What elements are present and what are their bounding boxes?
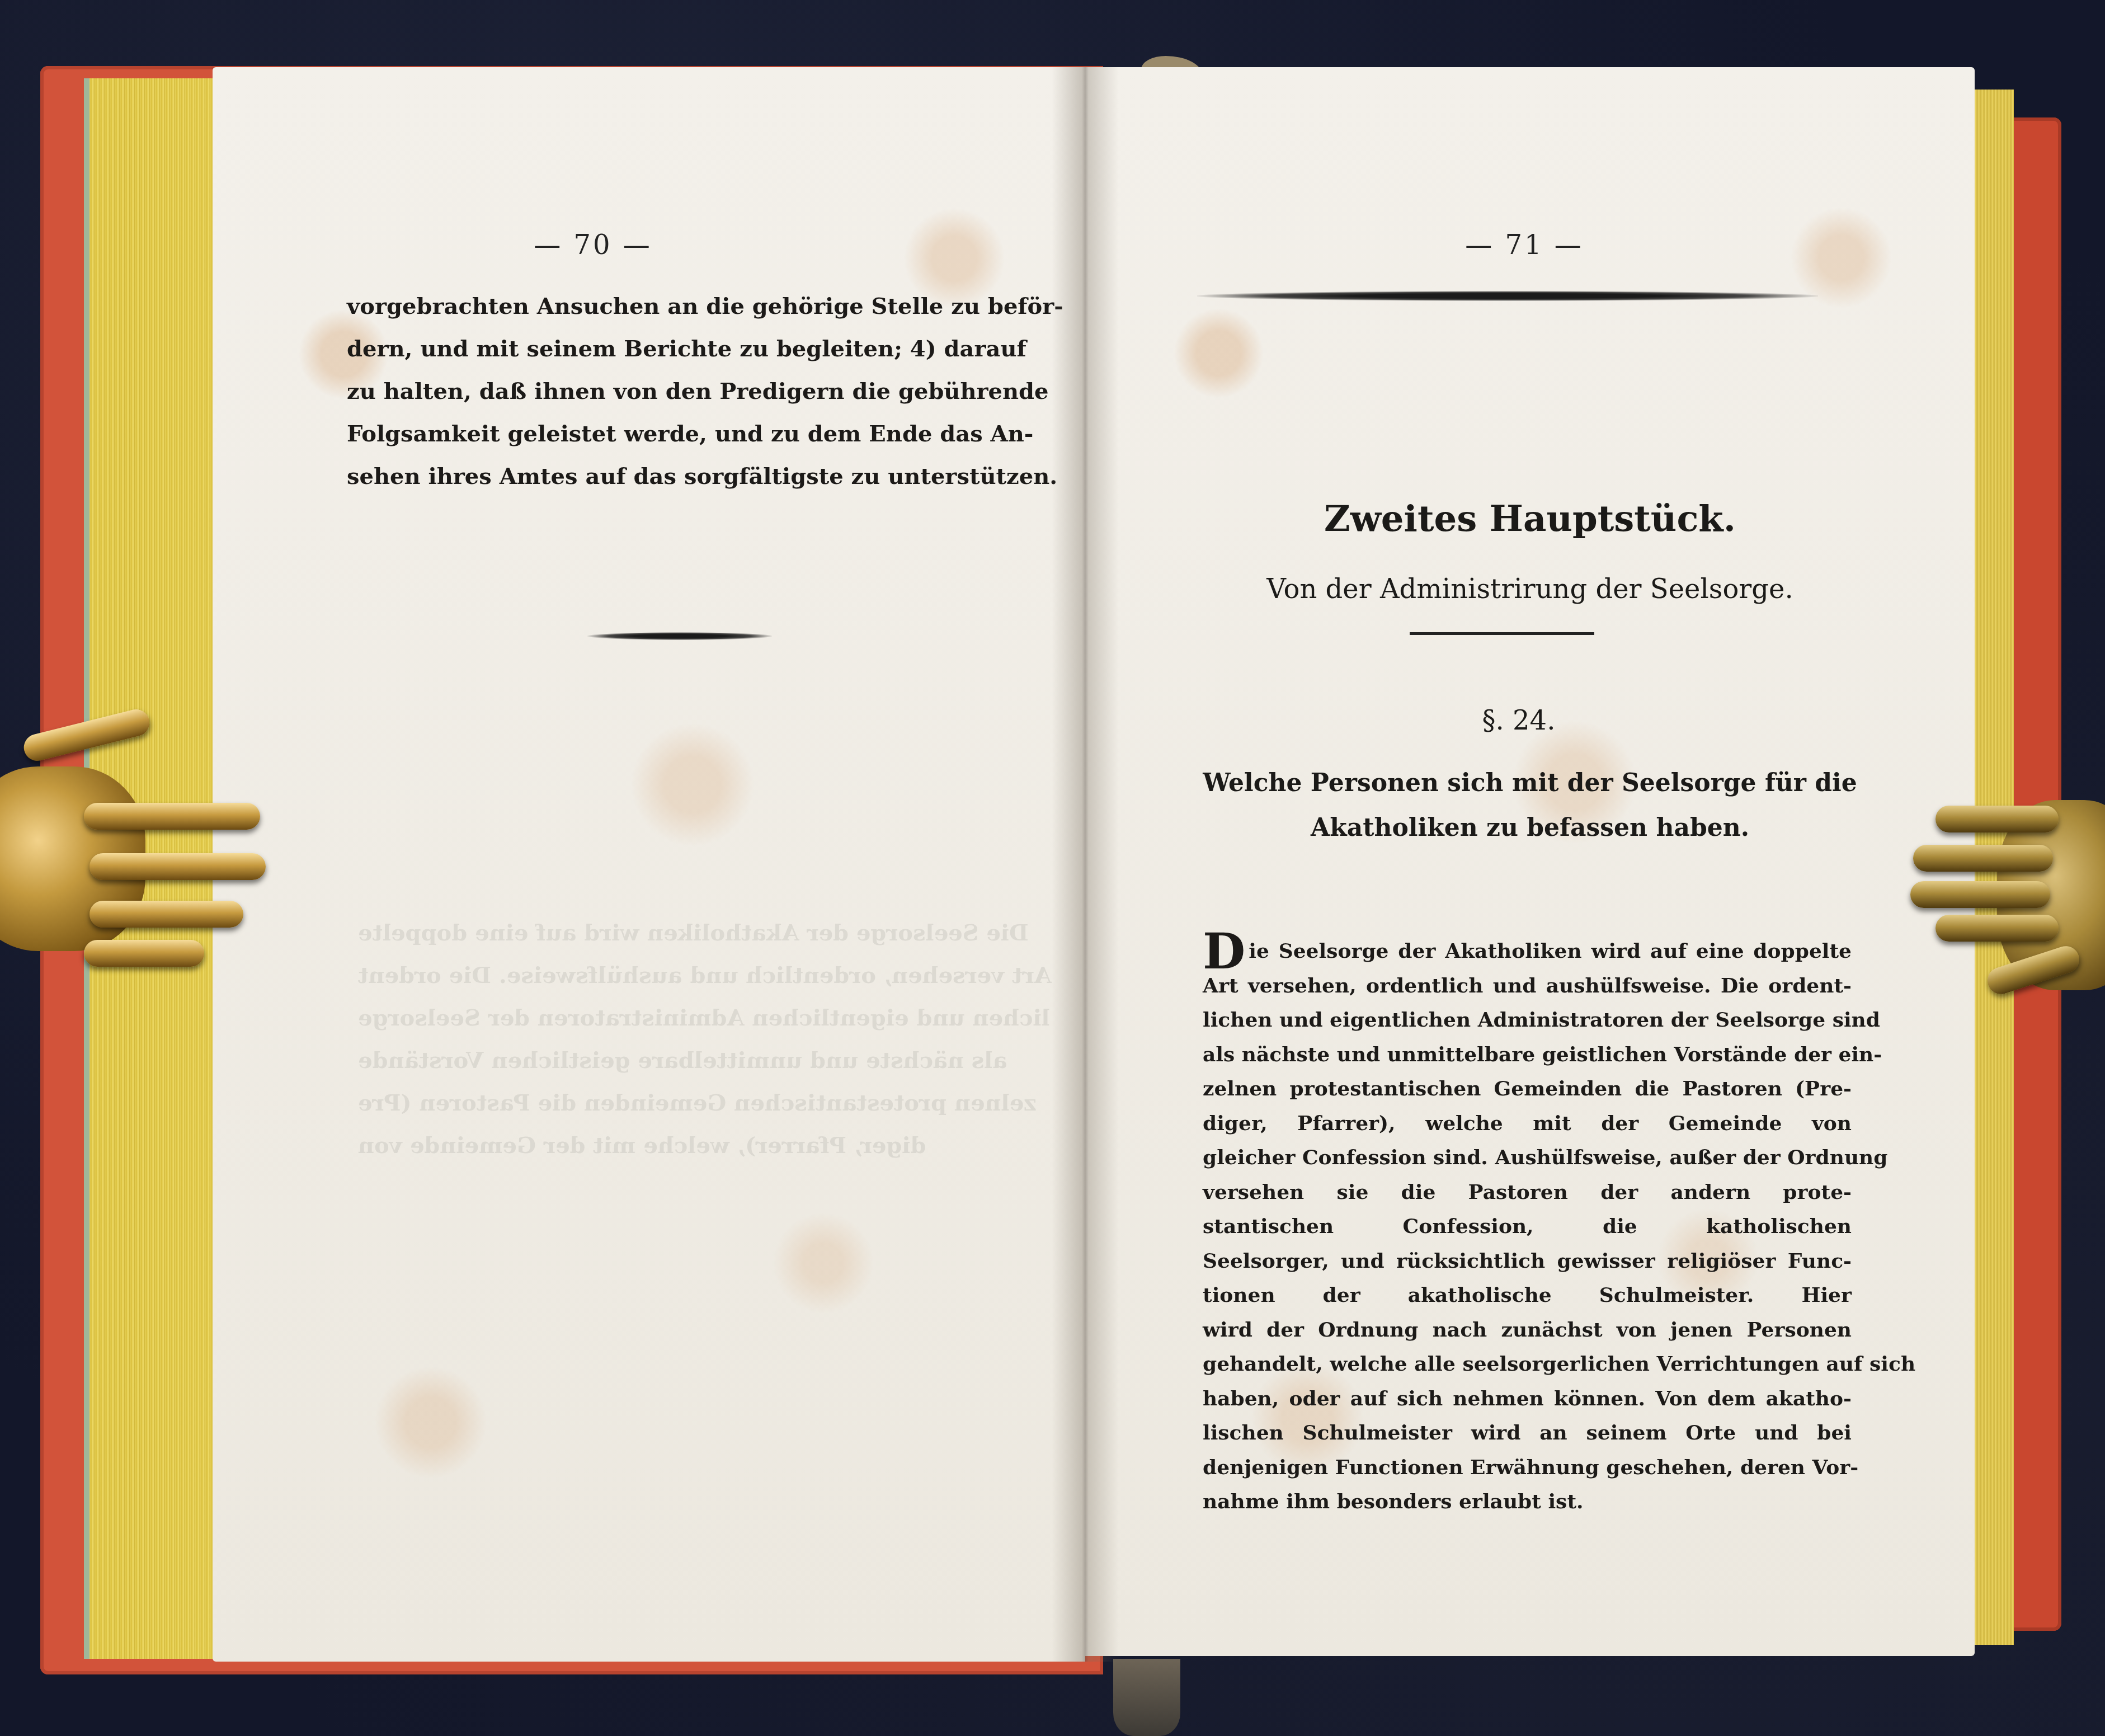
ornamental-rule — [587, 632, 772, 640]
text-line: versehen sie die Pastoren der andern pro… — [1203, 1175, 1852, 1210]
section-number: §. 24. — [1074, 705, 1963, 736]
text-line: tionen der akatholische Schulmeister. Hi… — [1203, 1278, 1852, 1313]
chapter-subtitle: Von der Administrirung der Seelsorge. — [1085, 573, 1975, 605]
section-title-line: Akatholiken zu befassen haben. — [1085, 806, 1975, 850]
section-title-line: Welche Personen sich mit der Seelsorge f… — [1085, 761, 1975, 806]
show-through-text: diger, Pfarrer), welche mit der Gemeinde… — [358, 1125, 926, 1167]
text-line: gleicher Confession sind. Aushülfsweise,… — [1203, 1141, 1852, 1175]
show-through-text: lichen und eigentlichen Administratoren … — [358, 997, 1050, 1039]
text-line: dern, und mit seinem Berichte zu begleit… — [347, 328, 1018, 370]
right-page-body: D ie Seelsorge der Akatholiken wird auf … — [1203, 934, 1852, 1519]
section-title: Welche Personen sich mit der Seelsorge f… — [1085, 761, 1975, 850]
left-page: — 70 — vorgebrachten Ansuchen an die geh… — [213, 67, 1085, 1662]
hand-finger — [1936, 915, 2059, 942]
text-line: Art versehen, ordentlich und aushülfswei… — [1203, 969, 1852, 1004]
show-through-text: Art versehen, ordentlich und aushülfswei… — [358, 954, 1052, 997]
left-page-text: vorgebrachten Ansuchen an die gehörige S… — [347, 285, 1018, 498]
text-line: lischen Schulmeister wird an seinem Orte… — [1203, 1416, 1852, 1451]
text-line: ie Seelsorge der Akatholiken wird auf ei… — [1203, 934, 1852, 969]
text-line: denjenigen Functionen Erwähnung geschehe… — [1203, 1451, 1852, 1485]
chapter-title: Zweites Hauptstück. — [1085, 498, 1975, 540]
show-through-text: als nächste und unmittelbare geistlichen… — [358, 1039, 1007, 1082]
text-line: nahme ihm besonders erlaubt ist. — [1203, 1485, 1852, 1519]
show-through-text: zelnen protestantischen Gemeinden die Pa… — [358, 1082, 1037, 1125]
page-number-left: — 70 — — [157, 229, 1029, 261]
show-through-text: Die Seelsorge der Akatholiken wird auf e… — [358, 912, 1029, 954]
hand-finger — [1910, 881, 2050, 908]
text-line: lichen und eigentlichen Administratoren … — [1203, 1003, 1852, 1038]
page-number-right: — 71 — — [1080, 229, 1969, 261]
right-page: — 71 — Zweites Hauptstück. Von der Admin… — [1085, 67, 1975, 1656]
text-line: sehen ihres Amtes auf das sorgfältigste … — [347, 455, 1018, 498]
text-line: haben, oder auf sich nehmen können. Von … — [1203, 1382, 1852, 1417]
text-line: zu halten, daß ihnen von den Predigern d… — [347, 370, 1018, 413]
text-line: zelnen protestantischen Gemeinden die Pa… — [1203, 1072, 1852, 1107]
text-line: Folgsamkeit geleistet werde, und zu dem … — [347, 413, 1018, 455]
hand-thumb — [21, 707, 153, 764]
hand-finger — [84, 940, 204, 967]
text-line: Seelsorger, und rücksichtlich gewisser r… — [1203, 1244, 1852, 1279]
book-gutter — [1052, 67, 1119, 1662]
hand-finger — [90, 853, 266, 880]
brass-hand-page-holder-left — [0, 699, 269, 990]
hand-finger — [84, 803, 260, 830]
text-line: wird der Ordnung nach zunächst von jenen… — [1203, 1313, 1852, 1348]
ribbon-bookmark-bottom — [1113, 1659, 1180, 1736]
hand-finger — [90, 901, 243, 928]
hand-finger — [1936, 806, 2059, 832]
text-line: stantischen Confession, die katholischen — [1203, 1210, 1852, 1244]
hand-finger — [1913, 845, 2053, 872]
text-line: gehandelt, welche alle seelsorgerlichen … — [1203, 1347, 1852, 1382]
divider-rule — [1410, 632, 1594, 635]
text-line: vorgebrachten Ansuchen an die gehörige S… — [347, 285, 1018, 328]
ornamental-rule-top — [1197, 291, 1818, 301]
brass-hand-page-holder-right — [1902, 778, 2105, 1029]
text-line: als nächste und unmittelbare geistlichen… — [1203, 1038, 1852, 1072]
drop-cap: D — [1203, 934, 1245, 968]
text-line: diger, Pfarrer), welche mit der Gemeinde… — [1203, 1107, 1852, 1141]
